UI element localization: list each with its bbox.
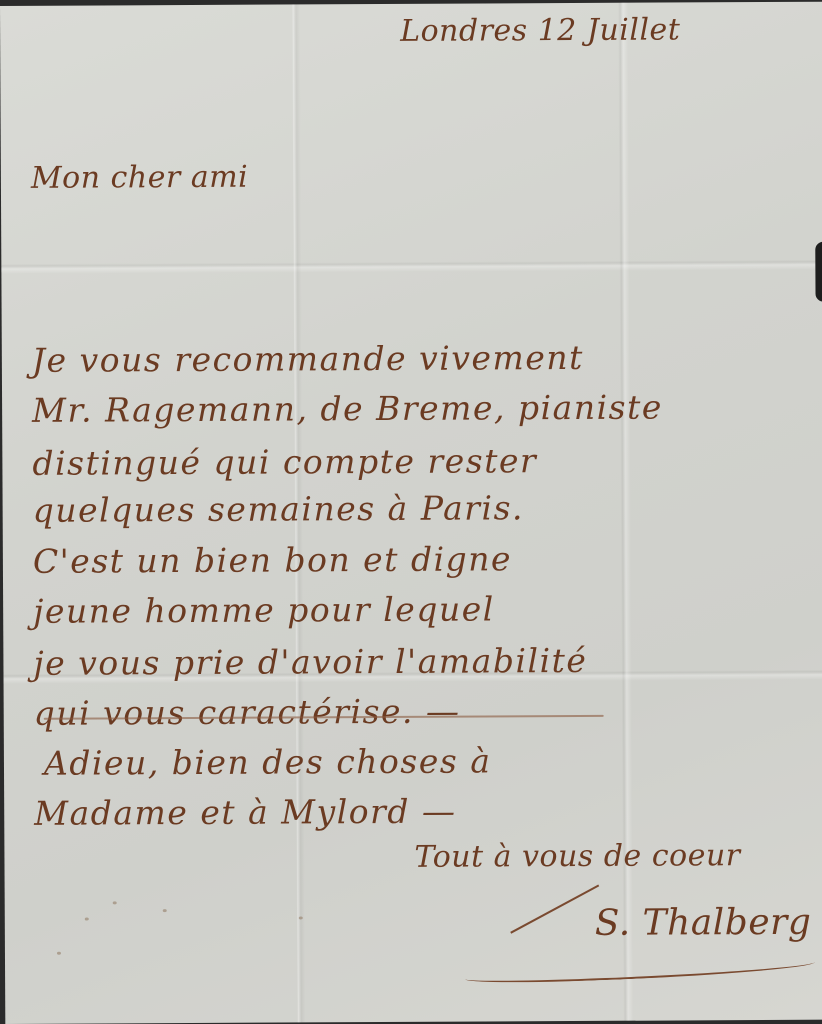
letter-body-line: jeune homme pour lequel (33, 589, 495, 630)
letter-salutation: Mon cher ami (31, 160, 249, 196)
letter-dateline: Londres 12 Juillet (400, 12, 680, 48)
letter-body-line: distingué qui compte rester (32, 441, 537, 483)
letter-body-line: Mr. Ragemann, de Breme, pianiste (32, 388, 663, 430)
signature-stroke (510, 885, 599, 934)
letter-signature: S. Thalberg (595, 902, 812, 944)
paper-stain (299, 916, 303, 919)
letter-page: Londres 12 Juillet Mon cher ami Je vous … (0, 2, 822, 1024)
letter-body-line: Je vous recommande vivement (32, 338, 584, 380)
paper-stain (113, 901, 117, 904)
paper-stain (57, 952, 61, 955)
page-edge-shadow (815, 242, 822, 302)
letter-body-line: quelques semaines à Paris. (33, 488, 525, 530)
signature-flourish (465, 956, 815, 986)
letter-body-line: C'est un bien bon et digne (33, 539, 512, 581)
letter-body-line: je vous prie d'avoir l'amabilité (33, 641, 587, 683)
letter-body-line: qui vous caractérise. — (34, 692, 461, 733)
letter-body-line: Adieu, bien des choses à (44, 741, 492, 782)
letter-closing: Tout à vous de coeur (414, 838, 740, 875)
letter-body-line: Madame et à Mylord — (34, 792, 456, 833)
paper-stain (85, 918, 89, 921)
paper-stain (163, 909, 167, 912)
